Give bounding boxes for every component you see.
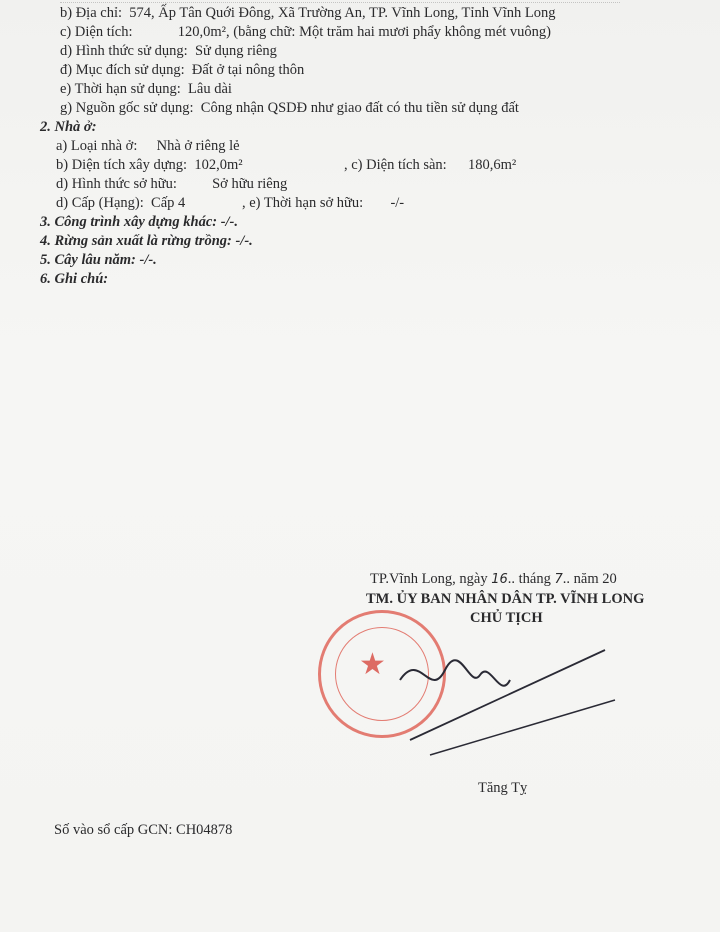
label: b) Địa chỉ: xyxy=(60,5,122,21)
registry-number: Số vào sổ cấp GCN: CH04878 xyxy=(54,821,232,839)
day: 16 xyxy=(491,572,508,587)
star-emblem-icon: ★ xyxy=(359,647,386,682)
label: d) Cấp (Hạng): xyxy=(56,195,144,211)
signer-name: Tăng Tỵ xyxy=(478,779,527,797)
house-ownership: d) Hình thức sở hữu: Sở hữu riêng xyxy=(56,175,287,193)
value: Đất ở tại nông thôn xyxy=(192,62,304,78)
signature-mark xyxy=(390,630,620,760)
label: a) Loại nhà ở: xyxy=(56,138,137,154)
label: g) Nguồn gốc sử dụng: xyxy=(60,100,194,116)
label: c) Diện tích: xyxy=(60,24,132,40)
label: e) Thời hạn sử dụng: xyxy=(60,81,181,97)
notes: 6. Ghi chú: xyxy=(40,270,108,288)
authority: TM. ỦY BAN NHÂN DÂN TP. VĨNH LONG xyxy=(366,590,644,608)
land-address: b) Địa chỉ: 574, Ấp Tân Quới Đông, Xã Tr… xyxy=(60,4,556,22)
value: 102,0m² xyxy=(194,157,242,173)
certificate-page: b) Địa chỉ: 574, Ấp Tân Quới Đông, Xã Tr… xyxy=(0,0,720,932)
value: 120,0m², (bằng chữ: Một trăm hai mươi ph… xyxy=(178,24,551,40)
land-term: e) Thời hạn sử dụng: Lâu dài xyxy=(60,80,232,98)
value: 180,6m² xyxy=(468,157,516,173)
perennial: 5. Cây lâu năm: -/-. xyxy=(40,251,157,269)
label: b) Diện tích xây dựng: xyxy=(56,157,187,173)
month: 7 xyxy=(555,572,563,587)
value: Sử dụng riêng xyxy=(195,43,277,59)
value: Công nhận QSDĐ như giao đất có thu tiền … xyxy=(201,100,519,116)
land-origin: g) Nguồn gốc sử dụng: Công nhận QSDĐ như… xyxy=(60,99,519,117)
label: d) Hình thức sử dụng: xyxy=(60,43,188,59)
top-edge xyxy=(60,0,620,3)
label: d) Hình thức sở hữu: xyxy=(56,176,177,192)
value: -/- xyxy=(390,195,404,211)
value: Lâu dài xyxy=(188,81,232,97)
house-grade: d) Cấp (Hạng): Cấp 4 xyxy=(56,194,185,212)
house-type: a) Loại nhà ở: Nhà ở riêng lẻ xyxy=(56,137,240,155)
land-usage-form: d) Hình thức sử dụng: Sử dụng riêng xyxy=(60,42,277,60)
value: Cấp 4 xyxy=(151,195,185,211)
value: Sở hữu riêng xyxy=(212,176,287,192)
place: TP.Vĩnh Long, ngày xyxy=(370,571,488,587)
label: , e) Thời hạn sở hữu: xyxy=(242,195,363,211)
land-purpose: đ) Mục đích sử dụng: Đất ở tại nông thôn xyxy=(60,61,304,79)
value: Nhà ở riêng lẻ xyxy=(157,138,240,154)
house-build-area: b) Diện tích xây dựng: 102,0m² xyxy=(56,156,243,174)
value: 574, Ấp Tân Quới Đông, Xã Trường An, TP.… xyxy=(129,5,555,21)
other-works: 3. Công trình xây dựng khác: -/-. xyxy=(40,213,238,231)
forest: 4. Rừng sản xuất là rừng trồng: -/-. xyxy=(40,232,253,250)
year-label: năm 20 xyxy=(574,571,617,587)
land-area: c) Diện tích: 120,0m², (bằng chữ: Một tr… xyxy=(60,23,551,41)
label: , c) Diện tích sàn: xyxy=(344,157,447,173)
place-date: TP.Vĩnh Long, ngày 16.. tháng 7.. năm 20 xyxy=(370,570,617,589)
house-own-term: , e) Thời hạn sở hữu: -/- xyxy=(242,194,404,212)
authority-title: CHỦ TỊCH xyxy=(470,609,543,627)
month-label: tháng xyxy=(519,571,551,587)
house-floor-area: , c) Diện tích sàn: 180,6m² xyxy=(344,156,516,174)
label: đ) Mục đích sử dụng: xyxy=(60,62,185,78)
house-heading: 2. Nhà ở: xyxy=(40,118,97,136)
